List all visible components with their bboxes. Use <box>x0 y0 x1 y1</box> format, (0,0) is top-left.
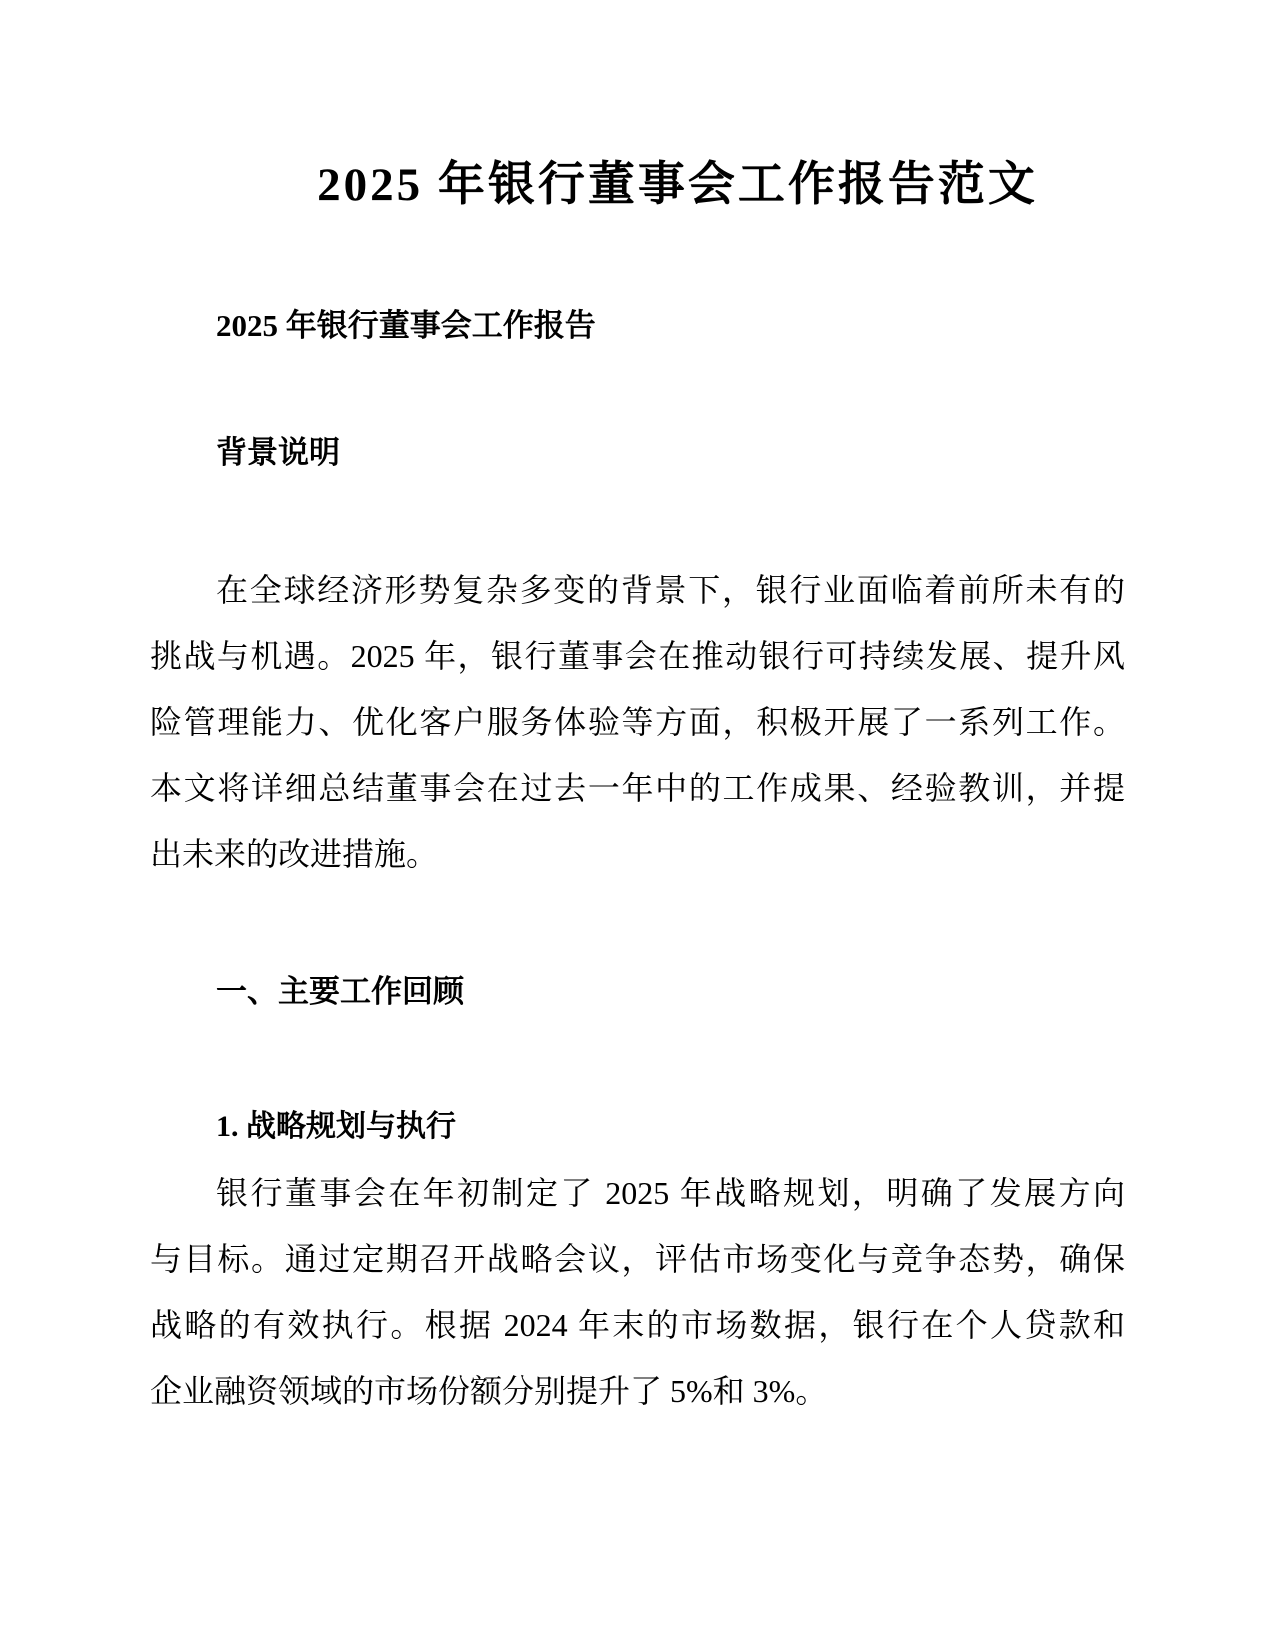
text-line: 战略的有效执行。根据 2024 年末的市场数据，银行在个人贷款和 <box>150 1292 1125 1358</box>
doc-subtitle: 2025 年银行董事会工作报告 <box>216 293 1125 359</box>
document-page: 2025 年银行董事会工作报告范文 2025 年银行董事会工作报告 背景说明 在… <box>0 0 1275 1650</box>
paragraph-strategy: 银行董事会在年初制定了 2025 年战略规划，明确了发展方向 与目标。通过定期召… <box>150 1160 1125 1424</box>
section-heading-main-review: 一、主要工作回顾 <box>216 959 1125 1025</box>
text-line: 险管理能力、优化客户服务体验等方面，积极开展了一系列工作。 <box>150 689 1125 755</box>
paragraph-background: 在全球经济形势复杂多变的背景下，银行业面临着前所未有的 挑战与机遇。2025 年… <box>150 557 1125 887</box>
text-line: 企业融资领域的市场份额分别提升了 5%和 3%。 <box>150 1358 1125 1424</box>
text-line: 在全球经济形势复杂多变的背景下，银行业面临着前所未有的 <box>150 557 1125 623</box>
text-line: 出未来的改进措施。 <box>150 821 1125 887</box>
text-line: 与目标。通过定期召开战略会议，评估市场变化与竞争态势，确保 <box>150 1226 1125 1292</box>
doc-title: 2025 年银行董事会工作报告范文 <box>150 146 1125 224</box>
subsection-heading-strategy: 1. 战略规划与执行 <box>216 1094 1125 1160</box>
text-line: 挑战与机遇。2025 年，银行董事会在推动银行可持续发展、提升风 <box>150 623 1125 689</box>
text-line: 本文将详细总结董事会在过去一年中的工作成果、经验教训，并提 <box>150 755 1125 821</box>
text-line: 银行董事会在年初制定了 2025 年战略规划，明确了发展方向 <box>150 1160 1125 1226</box>
section-heading-background: 背景说明 <box>216 420 1125 486</box>
